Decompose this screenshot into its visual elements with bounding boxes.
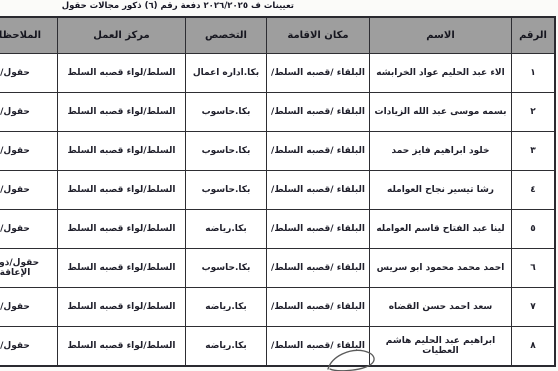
- cell-name: رشا تيسير نجاح العوامله: [370, 171, 512, 210]
- cell-num: ٣: [512, 132, 556, 171]
- cell-notes: حقول/: [0, 288, 58, 327]
- table-row: ٣خلود ابراهيم فايز حمدالبلقاء /قصبه السل…: [0, 132, 555, 171]
- cell-specialty: بكا.رياضه: [186, 327, 267, 367]
- cell-specialty: بكا.حاسوب: [186, 249, 267, 288]
- cell-notes: حقول/: [0, 327, 58, 367]
- table-row: ٦احمد محمد محمود ابو سريسالبلقاء /قصبه ا…: [0, 249, 555, 288]
- cell-work: السلط/لواء قصبه السلط: [58, 171, 186, 210]
- cell-specialty: بكا.حاسوب: [186, 171, 267, 210]
- cell-specialty: بكا.رياضه: [186, 210, 267, 249]
- table-row: ٤رشا تيسير نجاح العواملهالبلقاء /قصبه ال…: [0, 171, 555, 210]
- cell-notes: حقول/ذوي الإعاقة: [0, 249, 58, 288]
- table-row: ٨ابراهيم عبد الحليم هاشم العطياتالبلقاء …: [0, 327, 555, 367]
- cell-specialty: بكا.رياضه: [186, 288, 267, 327]
- column-header-residence: مكان الاقامة: [267, 17, 370, 54]
- cell-notes: حقول/: [0, 54, 58, 93]
- handwritten-signature-mark: [322, 348, 402, 371]
- cell-work: السلط/لواء قصبه السلط: [58, 249, 186, 288]
- cell-residence: البلقاء /قصبه السلط/: [267, 249, 370, 288]
- cell-name: لينا عبد الفتاح قاسم العوامله: [370, 210, 512, 249]
- header-row: الرقمالاسممكان الاقامةالتخصصمركز العملال…: [0, 17, 555, 54]
- table-row: ١الاء عبد الحليم عواد الخرابشهالبلقاء /ق…: [0, 54, 555, 93]
- cell-residence: البلقاء /قصبه السلط/: [267, 54, 370, 93]
- cell-specialty: بكا.حاسوب: [186, 132, 267, 171]
- cell-residence: البلقاء /قصبه السلط/: [267, 288, 370, 327]
- cell-work: السلط/لواء قصبه السلط: [58, 93, 186, 132]
- cell-work: السلط/لواء قصبه السلط: [58, 54, 186, 93]
- cell-work: السلط/لواء قصبه السلط: [58, 327, 186, 367]
- table-header: الرقمالاسممكان الاقامةالتخصصمركز العملال…: [0, 17, 555, 54]
- cell-residence: البلقاء /قصبه السلط/: [267, 210, 370, 249]
- cell-num: ٧: [512, 288, 556, 327]
- column-header-specialty: التخصص: [186, 17, 267, 54]
- cell-num: ٥: [512, 210, 556, 249]
- document-title: تعيينات ف ٢٠٢٦/٢٠٢٥ دفعة رقم (٦) ذكور مج…: [94, 1, 294, 11]
- cell-specialty: بكا.اداره اعمال: [186, 54, 267, 93]
- table-row: ٢بسمه موسى عبد الله الزياداتالبلقاء /قصب…: [0, 93, 555, 132]
- cell-name: خلود ابراهيم فايز حمد: [370, 132, 512, 171]
- cell-residence: البلقاء /قصبه السلط/: [267, 93, 370, 132]
- cell-name: بسمه موسى عبد الله الزيادات: [370, 93, 512, 132]
- cell-num: ٢: [512, 93, 556, 132]
- appointments-table: الرقمالاسممكان الاقامةالتخصصمركز العملال…: [0, 16, 556, 367]
- cell-work: السلط/لواء قصبه السلط: [58, 210, 186, 249]
- column-header-name: الاسم: [370, 17, 512, 54]
- table-row: ٧سعد احمد حسن القضاهالبلقاء /قصبه السلط/…: [0, 288, 555, 327]
- cell-work: السلط/لواء قصبه السلط: [58, 288, 186, 327]
- cell-name: احمد محمد محمود ابو سريس: [370, 249, 512, 288]
- column-header-work: مركز العمل: [58, 17, 186, 54]
- table-body: ١الاء عبد الحليم عواد الخرابشهالبلقاء /ق…: [0, 54, 555, 367]
- cell-residence: البلقاء /قصبه السلط/: [267, 171, 370, 210]
- column-header-num: الرقم: [512, 17, 556, 54]
- cell-notes: حقول/: [0, 93, 58, 132]
- cell-num: ٤: [512, 171, 556, 210]
- cell-specialty: بكا.حاسوب: [186, 93, 267, 132]
- cell-num: ٨: [512, 327, 556, 367]
- cell-notes: حقول/: [0, 210, 58, 249]
- column-header-notes: الملاحظات: [0, 17, 58, 54]
- cell-work: السلط/لواء قصبه السلط: [58, 132, 186, 171]
- cell-name: الاء عبد الحليم عواد الخرابشه: [370, 54, 512, 93]
- scanned-document-page: { "page": { "title": "تعيينات ف ٢٠٢٦/٢٠٢…: [0, 0, 558, 371]
- cell-notes: حقول/: [0, 171, 58, 210]
- cell-num: ١: [512, 54, 556, 93]
- cell-num: ٦: [512, 249, 556, 288]
- cell-name: سعد احمد حسن القضاه: [370, 288, 512, 327]
- table-row: ٥لينا عبد الفتاح قاسم العواملهالبلقاء /ق…: [0, 210, 555, 249]
- cell-notes: حقول/: [0, 132, 58, 171]
- cell-residence: البلقاء /قصبه السلط/: [267, 132, 370, 171]
